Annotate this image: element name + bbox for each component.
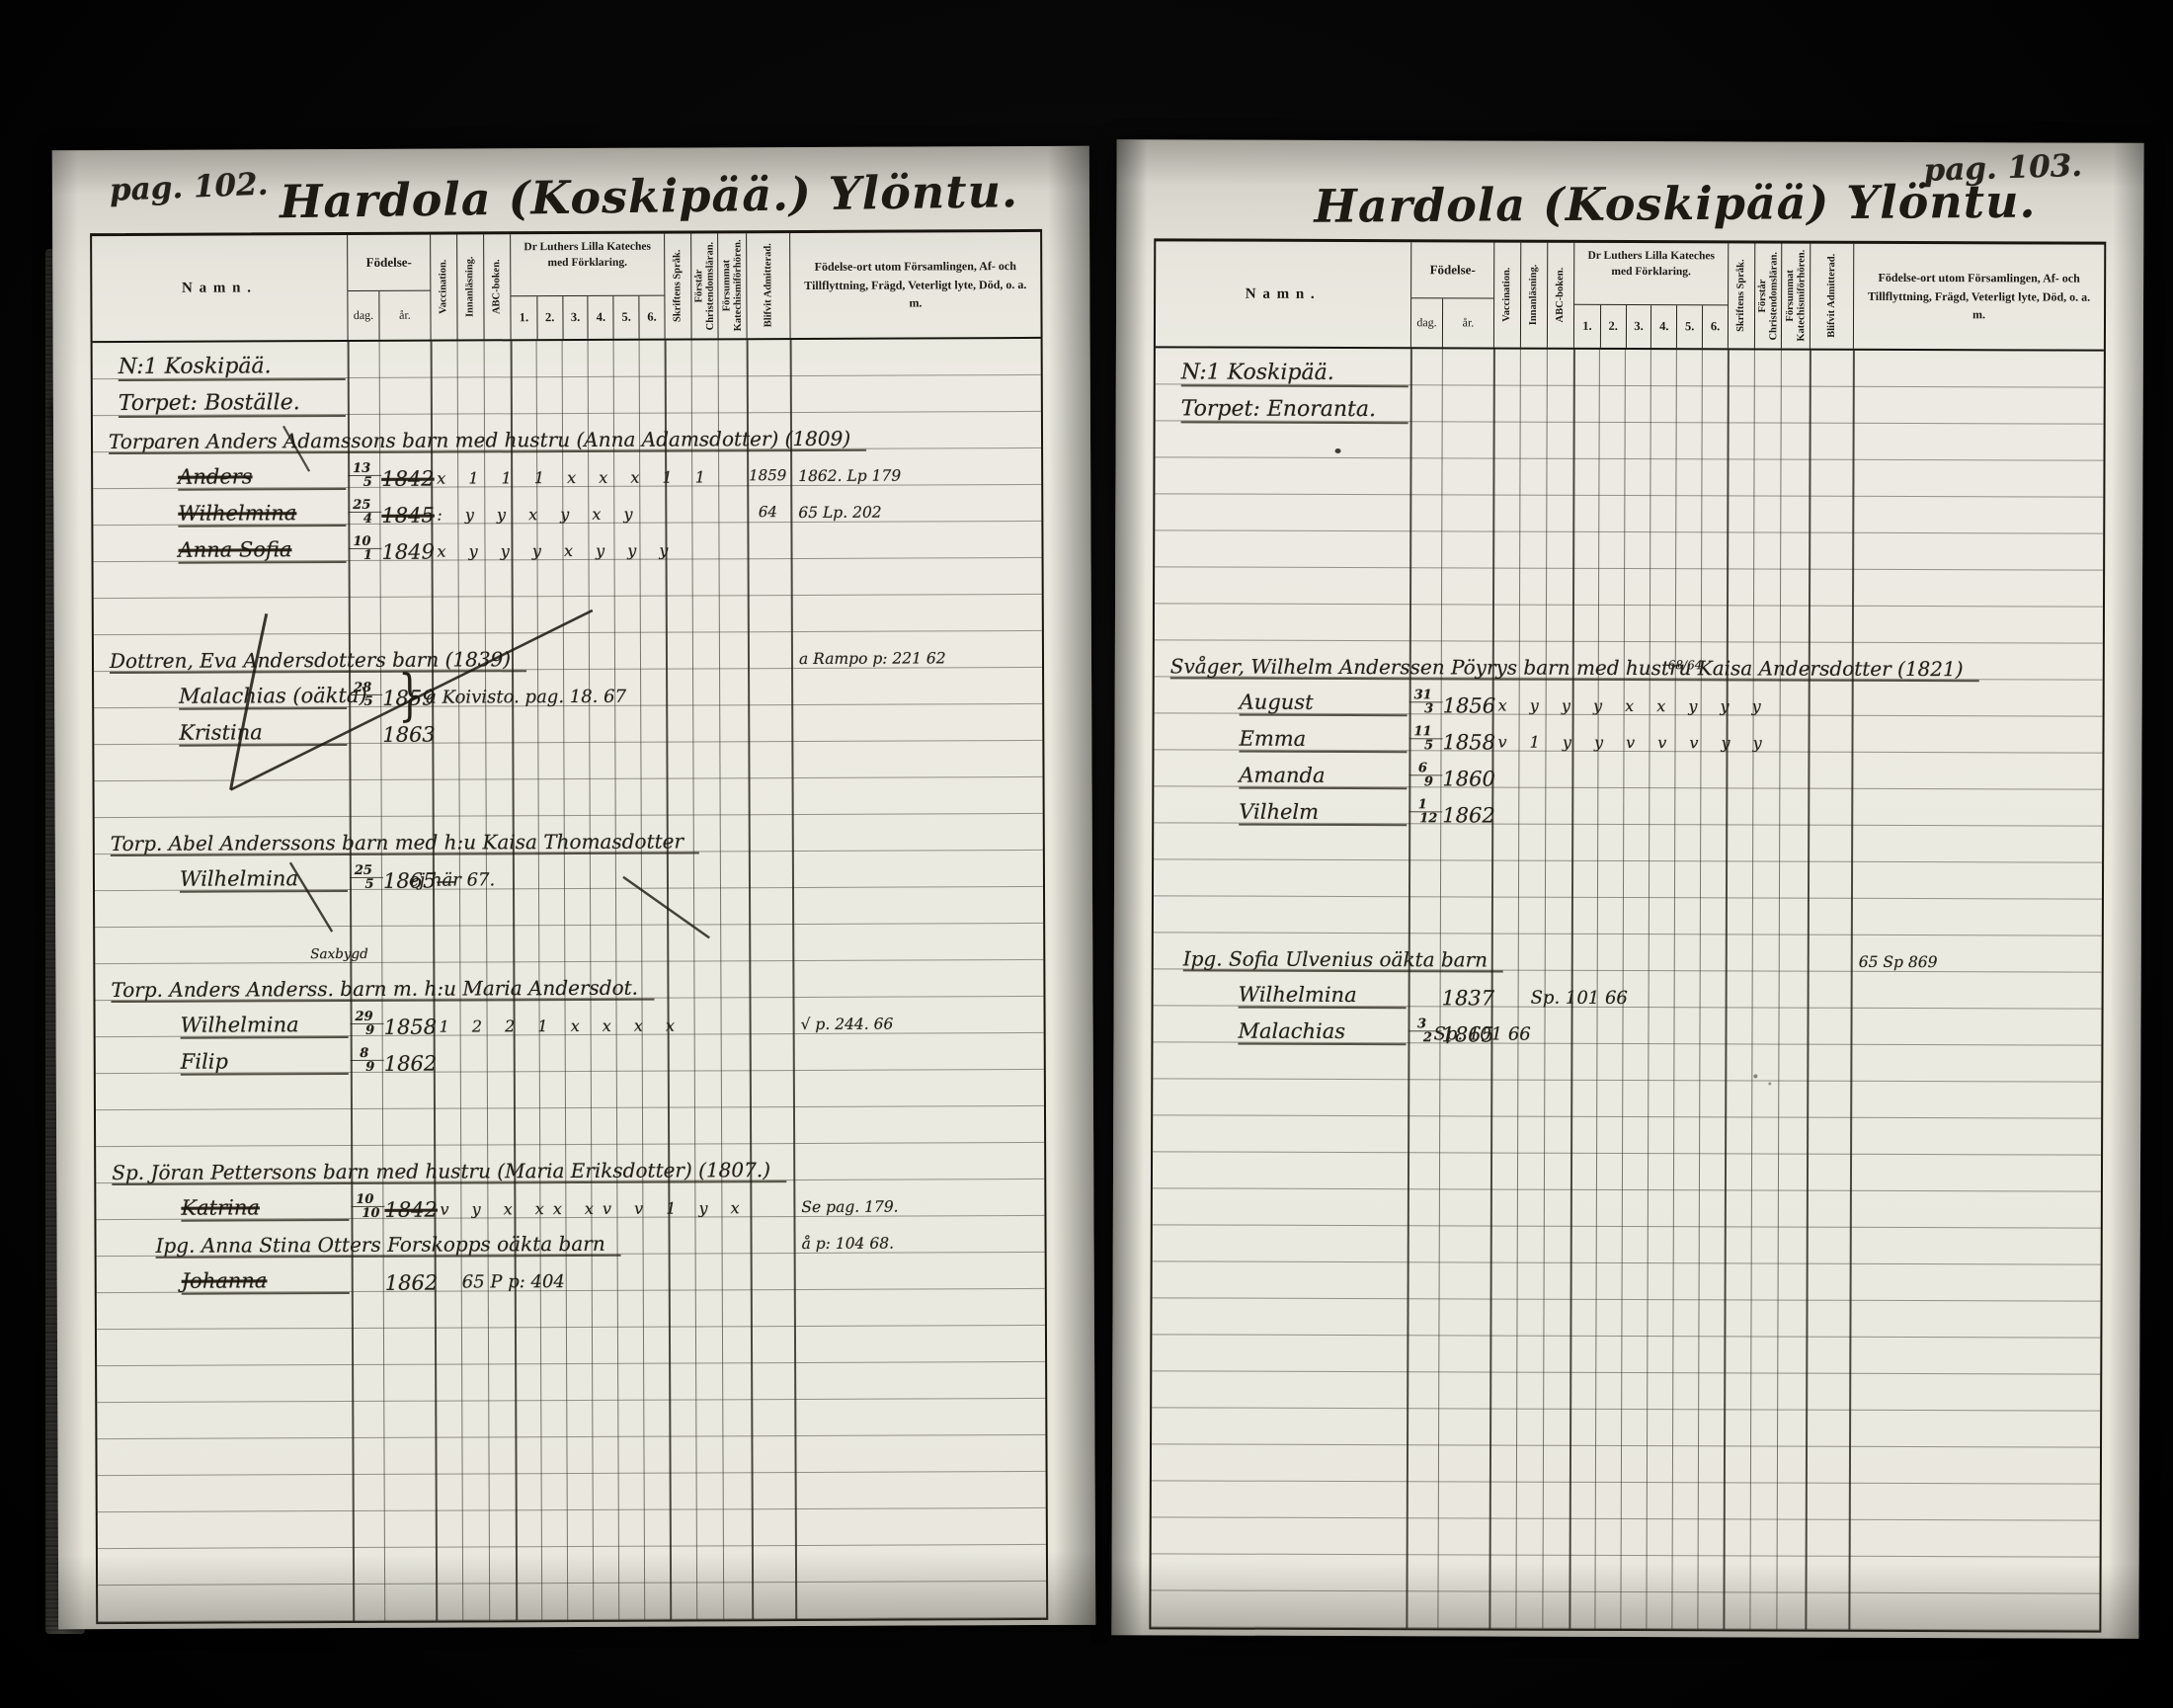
ledger-row bbox=[1152, 1335, 2100, 1374]
col-forsummat-header: Försummat Katechismiförhören. bbox=[1781, 244, 1810, 349]
ledger-row: Wilhelmina1837Sp. 101 66 bbox=[1154, 969, 2102, 1009]
birth-day: 112 bbox=[1408, 798, 1442, 825]
ledger-row: Anna Sofia1011849x y y y x y y y bbox=[93, 522, 1041, 562]
col-dag-header: dag. bbox=[1411, 298, 1443, 347]
name-entry: Ipg. Sofia Ulvenius oäkta barn bbox=[1183, 948, 1503, 972]
ledger-row bbox=[1152, 1481, 2100, 1520]
name-entry: Torp. Abel Anderssons barn med h:u Kaisa… bbox=[111, 831, 699, 856]
birth-day: 285 bbox=[349, 682, 382, 708]
col-kateches-header: Dr Luthers Lilla Kateches med Förklaring… bbox=[1573, 243, 1728, 349]
col-blifvit-header: Blifvit Admitterad. bbox=[1810, 244, 1853, 349]
ledger-row: Torp. Anders Anderss. barn m. h:u Maria … bbox=[95, 960, 1043, 1001]
ink-smudge bbox=[1768, 1082, 1771, 1085]
ledger-row: Svåger, Wilhelm Anderssen Pöyrys barn me… bbox=[1155, 640, 2103, 680]
name-entry: N:1 Koskipää. bbox=[1181, 362, 1408, 387]
ledger-row bbox=[1153, 1079, 2101, 1118]
ink-smudge bbox=[1335, 448, 1341, 453]
name-entry: Torpet: Boställe. bbox=[119, 392, 346, 418]
margin-note: 65 Lp. 202 bbox=[798, 503, 1037, 522]
table-header: Namn. Födelse- dag. år. Vaccination. Inn… bbox=[1156, 241, 2104, 351]
ledger-row: Torpet: Boställe. bbox=[93, 375, 1041, 416]
margin-note: å p: 104 68. bbox=[802, 1234, 1041, 1253]
kateches-subcolumns: 1.2.3.4.5.6. bbox=[511, 296, 664, 340]
ledger-row: Malachias321865Sp. 101 66 bbox=[1153, 1006, 2101, 1045]
ledger-row bbox=[1153, 1115, 2101, 1155]
ledger-row: Sp. Jöran Pettersons barn med hustru (Ma… bbox=[96, 1143, 1044, 1183]
name-entry: Wilhelmina bbox=[181, 1015, 349, 1039]
page-title: Hardola (Koskipää) Ylöntu. bbox=[1314, 175, 2036, 233]
name-entry: Malachias (oäkta) bbox=[179, 686, 347, 710]
ink-smudge bbox=[1753, 1074, 1757, 1078]
ledger-row: Malachias (oäkta)2851859à Koivisto. pag.… bbox=[94, 668, 1042, 708]
name-entry: Katrina bbox=[181, 1197, 349, 1222]
catechism-marks: v 1 y y v v v y y bbox=[1497, 733, 1770, 753]
ledger-row bbox=[98, 1508, 1046, 1549]
ledger-row bbox=[97, 1399, 1045, 1439]
col-fodelse-header: Födelse- dag. år. bbox=[347, 235, 430, 340]
page-title: Hardola (Koskipää.) Ylöntu. bbox=[280, 164, 1019, 228]
birth-day: 313 bbox=[1409, 689, 1443, 715]
ledger-row bbox=[95, 777, 1043, 818]
ledger-row: Wilhelmina2551865—ej här 67. bbox=[95, 851, 1043, 891]
ledger-row bbox=[1152, 1298, 2100, 1338]
col-dag-header: dag. bbox=[348, 291, 379, 340]
ledger-row bbox=[97, 1362, 1045, 1403]
inline-note: Sp. 101 66 bbox=[1531, 988, 1628, 1009]
ledger-table: Namn. Födelse- dag. år. Vaccination. Inn… bbox=[90, 229, 1048, 1624]
ledger-page-left: pag. 102. Hardola (Koskipää.) Ylöntu. Na… bbox=[52, 146, 1096, 1630]
birth-day: 135 bbox=[348, 462, 381, 489]
ledger-row: Vilhelm1121862 bbox=[1154, 786, 2102, 826]
col-innanlasning-header: Innanläsning. bbox=[456, 234, 483, 339]
name-entry: Ipg. Anna Stina Otters Forskopps oäkta b… bbox=[156, 1234, 621, 1259]
ledger-row: Torparen Anders Adamssons barn med hustr… bbox=[93, 412, 1041, 452]
ledger-row bbox=[1154, 823, 2102, 862]
ledger-row bbox=[97, 1326, 1045, 1366]
ledger-row bbox=[1154, 859, 2102, 899]
name-entry: Anna Sofia bbox=[178, 539, 346, 564]
ledger-row bbox=[98, 1582, 1046, 1622]
col-vaccination-header: Vaccination. bbox=[1493, 243, 1520, 348]
table-body: N:1 Koskipää.Torpet: Enoranta.Svåger, Wi… bbox=[1151, 348, 2104, 1630]
ledger-row: Torp. Abel Anderssons barn med h:u Kaisa… bbox=[95, 814, 1043, 854]
admitted-value: 64 bbox=[743, 503, 792, 521]
ledger-row bbox=[98, 1472, 1046, 1512]
ledger-row bbox=[1154, 896, 2102, 935]
ledger-row bbox=[94, 741, 1042, 781]
ledger-row: Johanna186265 P p: 404 bbox=[97, 1253, 1045, 1293]
birth-day: 115 bbox=[1408, 725, 1442, 752]
col-namn-header: Namn. bbox=[1156, 241, 1410, 347]
ledger-row bbox=[1155, 457, 2103, 497]
ledger-row: N:1 Koskipää. bbox=[93, 339, 1041, 379]
name-entry: Johanna bbox=[182, 1270, 350, 1295]
table-header: Namn. Födelse- dag. år. Vaccination. Inn… bbox=[92, 232, 1040, 343]
margin-note: 65 Sp 869 bbox=[1859, 953, 2098, 972]
ledger-row bbox=[95, 887, 1043, 928]
col-ar-header: år. bbox=[379, 291, 430, 340]
catechism-marks: 1 2 2 1 x x x x bbox=[440, 1017, 684, 1036]
name-entry: Wilhelmina bbox=[178, 503, 346, 528]
col-forstar-header: Förstår Christendomsläran. bbox=[1754, 243, 1781, 348]
ledger-row bbox=[1152, 1408, 2100, 1447]
name-entry: Torpet: Enoranta. bbox=[1181, 398, 1408, 424]
margin-note: √ p. 244. 66 bbox=[801, 1015, 1040, 1033]
col-forsummat-header: Försummat Katechismiförhören. bbox=[717, 233, 746, 338]
interline-annotation: 68/64 bbox=[1668, 658, 1703, 672]
ledger-row bbox=[1155, 567, 2103, 607]
ledger-row bbox=[96, 1106, 1044, 1147]
admitted-value: 1859 bbox=[743, 466, 792, 484]
ledger-row bbox=[1153, 1042, 2101, 1082]
page-number: pag. 102. bbox=[109, 167, 269, 208]
name-entry: Anders bbox=[178, 466, 346, 491]
name-entry: Wilhelmina bbox=[180, 868, 348, 893]
ledger-row: Amanda691860 bbox=[1154, 750, 2102, 789]
ledger-row bbox=[97, 1289, 1045, 1330]
margin-note: 1862. Lp 179 bbox=[798, 466, 1037, 485]
inline-note: à Koivisto. pag. 18. 67 bbox=[426, 687, 626, 708]
ledger-row bbox=[94, 595, 1042, 635]
name-entry: Dottren, Eva Andersdotters barn (1839) bbox=[110, 649, 526, 674]
name-entry: Emma bbox=[1239, 729, 1407, 754]
inline-note: ej här 67. bbox=[409, 869, 495, 890]
name-entry: Vilhelm bbox=[1239, 802, 1407, 827]
catechism-marks: x 1 1 1 x x x 1 1 bbox=[437, 467, 714, 487]
birth-day: 1010 bbox=[351, 1193, 384, 1220]
ledger-row bbox=[1153, 1261, 2101, 1301]
ledger-row bbox=[1153, 1188, 2101, 1228]
inline-note: Sp. 101 66 bbox=[1433, 1023, 1530, 1044]
catechism-marks: x y y y x x y y y bbox=[1498, 696, 1770, 716]
ledger-row bbox=[1153, 1152, 2101, 1191]
ledger-row bbox=[1152, 1517, 2100, 1557]
birth-day: 254 bbox=[348, 499, 381, 526]
ledger-row bbox=[1152, 1444, 2100, 1484]
ledger-row: Kristina1863 bbox=[94, 704, 1042, 745]
ledger-page-right: pag. 103. Hardola (Koskipää) Ylöntu. Nam… bbox=[1111, 139, 2143, 1639]
ledger-row: Filip891862 bbox=[96, 1033, 1044, 1074]
col-namn-header: Namn. bbox=[92, 235, 347, 341]
ledger-row bbox=[1152, 1554, 2100, 1593]
col-skriftens-header: Skriftens Språk. bbox=[1728, 243, 1754, 348]
col-ar-header: år. bbox=[1443, 298, 1493, 347]
birth-day: 255 bbox=[350, 864, 383, 891]
ledger-row: Torpet: Enoranta. bbox=[1156, 384, 2104, 424]
name-entry: Kristina bbox=[179, 722, 347, 747]
ledger-table: Namn. Födelse- dag. år. Vaccination. Inn… bbox=[1149, 238, 2106, 1632]
birth-day: 89 bbox=[351, 1047, 384, 1074]
ledger-row: Katrina10101842v y x xx xv v 1 y xSe pag… bbox=[96, 1179, 1044, 1220]
col-innanlasning-header: Innanläsning. bbox=[1520, 243, 1547, 348]
ledger-row: Anders1351842x 1 1 1 x x x 1 118591862. … bbox=[93, 448, 1041, 489]
name-entry: Sp. Jöran Pettersons barn med hustru (Ma… bbox=[112, 1160, 786, 1185]
ledger-row bbox=[1151, 1590, 2099, 1630]
margin-note: a Rampo p: 221 62 bbox=[799, 649, 1038, 668]
name-entry: N:1 Koskipää. bbox=[119, 356, 346, 381]
col-forstar-header: Förstår Christendomsläran. bbox=[690, 233, 717, 338]
ledger-row bbox=[1153, 1225, 2101, 1264]
ledger-row: August3131856x y y y x x y y y bbox=[1155, 677, 2103, 716]
ledger-row: N:1 Koskipää. bbox=[1156, 348, 2104, 387]
catechism-marks: v y x xx xv v 1 y x bbox=[440, 1198, 748, 1218]
name-entry: Amanda bbox=[1239, 766, 1407, 790]
ledger-row bbox=[1155, 530, 2103, 570]
ledger-row bbox=[95, 924, 1043, 964]
col-kateches-header: Dr Luthers Lilla Kateches med Förklaring… bbox=[510, 234, 664, 340]
table-body: N:1 Koskipää.Torpet: Boställe.Torparen A… bbox=[93, 339, 1047, 1622]
scanned-ledger-spread: pag. 102. Hardola (Koskipää.) Ylöntu. Na… bbox=[0, 0, 2173, 1708]
ledger-row: Wilhelmina29918581 2 2 1 x x x x√ p. 244… bbox=[95, 997, 1043, 1037]
inline-note: 65 P p: 404 bbox=[462, 1271, 565, 1292]
name-entry: Malachias bbox=[1238, 1021, 1406, 1046]
col-abcboken-header: ABC-boken. bbox=[1547, 243, 1573, 348]
col-abcboken-header: ABC-boken. bbox=[483, 234, 510, 339]
interline-annotation: Saxbygd bbox=[310, 946, 368, 962]
birth-day: 101 bbox=[348, 535, 381, 562]
name-entry: Filip bbox=[181, 1051, 349, 1076]
ledger-row: Dottren, Eva Andersdotters barn (1839)a … bbox=[94, 631, 1042, 672]
name-entry: August bbox=[1240, 692, 1408, 717]
col-notes-header: Födelse-ort utom Församlingen, Af- och T… bbox=[789, 232, 1040, 338]
ledger-row bbox=[98, 1545, 1046, 1586]
col-fodelse-header: Födelse- dag. år. bbox=[1410, 242, 1493, 347]
margin-note: Se pag. 179. bbox=[801, 1197, 1040, 1216]
col-vaccination-header: Vaccination. bbox=[430, 235, 456, 340]
ledger-row bbox=[1152, 1371, 2100, 1411]
kateches-subcolumns: 1.2.3.4.5.6. bbox=[1574, 305, 1728, 349]
ledger-row: Ipg. Anna Stina Otters Forskopps oäkta b… bbox=[96, 1216, 1044, 1257]
catechism-marks: x y y y x y y y bbox=[437, 541, 677, 561]
name-entry: Torparen Anders Adamssons barn med hustr… bbox=[109, 429, 866, 454]
ledger-row bbox=[1156, 421, 2104, 460]
ledger-row: Wilhelmina2541845: y y x y x y6465 Lp. 2… bbox=[93, 485, 1041, 526]
birth-day: 299 bbox=[351, 1011, 384, 1037]
ledger-row bbox=[97, 1435, 1045, 1476]
name-entry: Torp. Anders Anderss. barn m. h:u Maria … bbox=[111, 978, 654, 1003]
col-blifvit-header: Blifvit Admitterad. bbox=[746, 233, 789, 338]
catechism-marks: : y y x y x y bbox=[437, 505, 641, 525]
ledger-row bbox=[96, 1070, 1044, 1110]
ledger-row: Ipg. Sofia Ulvenius oäkta barn65 Sp 869 bbox=[1154, 933, 2102, 972]
ledger-row: Emma1151858v 1 y y v v v y y bbox=[1154, 713, 2102, 753]
ledger-row bbox=[94, 558, 1042, 599]
grouping-brace: } bbox=[398, 664, 421, 728]
col-skriftens-header: Skriftens Språk. bbox=[664, 233, 690, 338]
col-notes-header: Födelse-ort utom Församlingen, Af- och T… bbox=[1853, 244, 2104, 350]
birth-day: 69 bbox=[1408, 762, 1442, 788]
ledger-row bbox=[1155, 494, 2103, 533]
name-entry: Svåger, Wilhelm Anderssen Pöyrys barn me… bbox=[1170, 656, 1979, 682]
name-entry: Wilhelmina bbox=[1239, 985, 1407, 1010]
ledger-row bbox=[1155, 604, 2103, 643]
